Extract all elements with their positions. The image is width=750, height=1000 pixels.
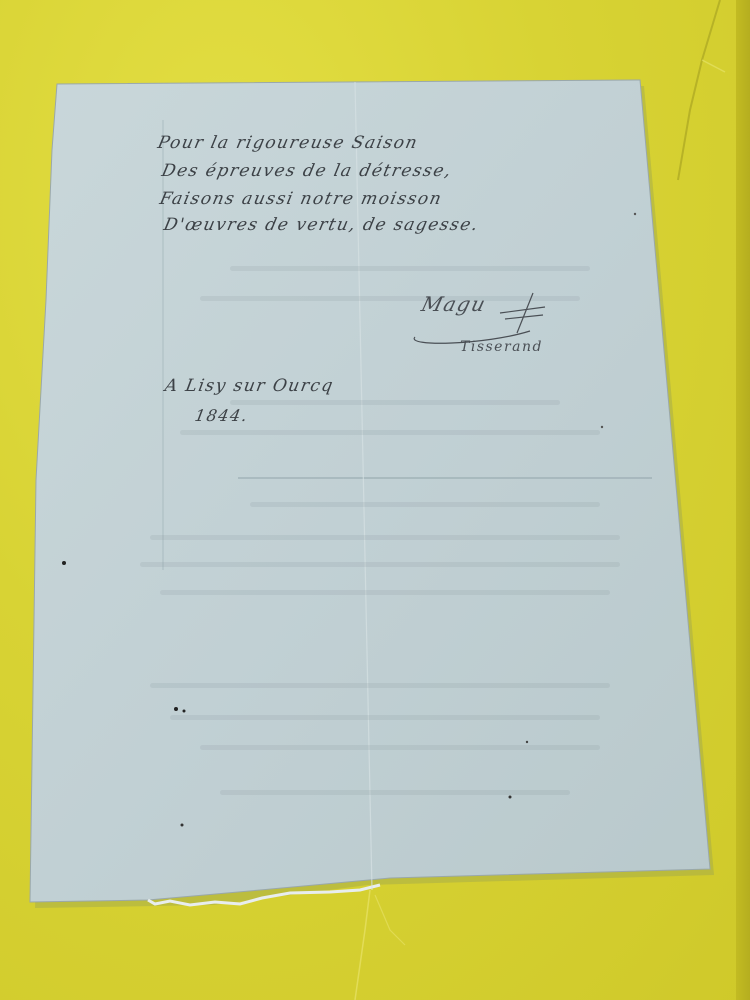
handwritten-content: Pour la rigoureuse Saison Des épreuves d…	[0, 0, 750, 1000]
poem-line-2: Des épreuves de la détresse,	[160, 161, 454, 181]
signature-name: Magu	[419, 292, 489, 316]
place-line: A Lisy sur Ourcq	[163, 376, 335, 396]
poem-line-3: Faisons aussi notre moisson	[158, 189, 444, 209]
poem-line-1: Pour la rigoureuse Saison	[156, 133, 420, 153]
year-line: 1844.	[193, 406, 250, 425]
poem-line-4: D'œuvres de vertu, de sagesse.	[162, 215, 481, 235]
signature-title: Tisserand	[460, 339, 543, 355]
